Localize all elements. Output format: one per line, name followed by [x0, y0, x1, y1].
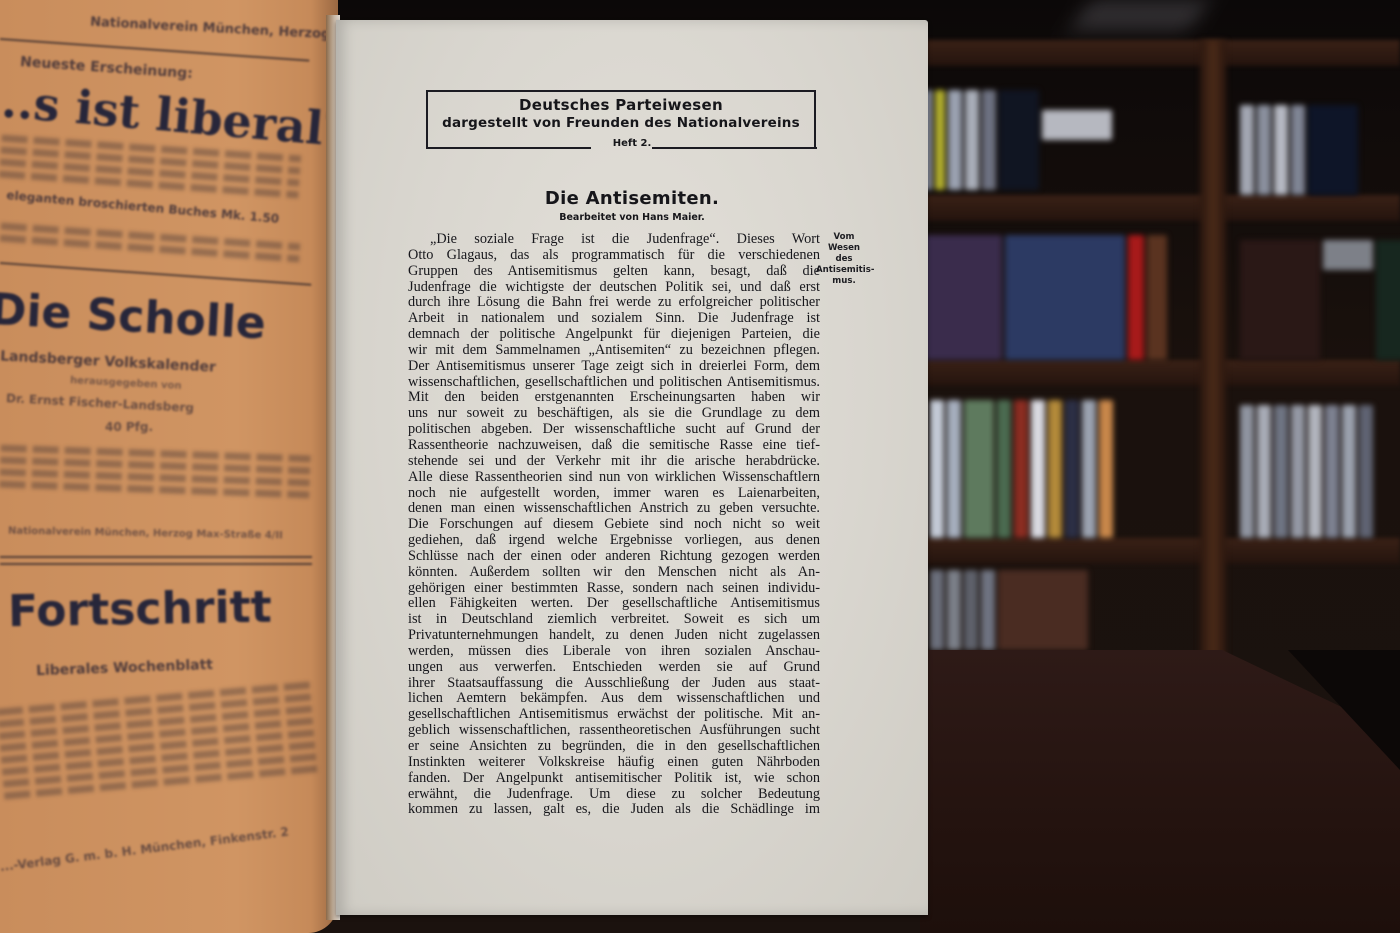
article-line: ihrer Staatsauffassung die Ausschließung…	[408, 676, 820, 692]
article-line: Die Forschungen auf diesem Gebiete sind …	[408, 517, 820, 533]
book-row	[930, 400, 1113, 538]
article-body: „Die soziale Frage ist die Judenfrage“. …	[408, 232, 820, 818]
advert-2-title: Die Scholle	[0, 284, 267, 349]
advert-3-subtitle: Liberales Wochenblatt	[36, 657, 213, 679]
article-byline: Bearbeitet von Hans Maier.	[336, 212, 928, 223]
article-line: ellen Fähigkeiten werten. Der gesellscha…	[408, 596, 820, 612]
article-line: Instinkten weiterer Volkskreise häufig e…	[408, 755, 820, 771]
article-line: Der Antisemitismus unserer Tage zeigt si…	[408, 359, 820, 375]
article-line: gediehen, daß irgend welche Ergebnisse v…	[408, 533, 820, 549]
article-line: Gruppen des Antisemitismus gelten kann, …	[408, 264, 820, 280]
book-row	[1240, 105, 1358, 195]
article-line: lichen Aemtern bekämpfen. Aus dem wissen…	[408, 691, 820, 707]
advert-3-imprint: ...-Verlag G. m. b. H. München, Finkenst…	[0, 825, 290, 874]
article-line: kommen zu lassen, galt es, die Juden als…	[408, 802, 820, 818]
article-line: ist in Deutschland ziemlich verbreitet. …	[408, 612, 820, 628]
article-line: Schlüsse nach der einen oder anderen Ric…	[408, 549, 820, 565]
article-line: uns nur soweit zu beschäftigen, als sie …	[408, 406, 820, 422]
margin-note: Vom Wesen des Antisemitis- mus.	[816, 232, 872, 287]
shelf-plank	[915, 40, 1400, 66]
article-line: wissenschaftlichen, gesellschaftlichen u…	[408, 375, 820, 391]
advert-3-body-text	[0, 676, 319, 804]
article-line: fanden. Der Angelpunkt antisemitischer P…	[408, 771, 820, 787]
divider	[0, 262, 311, 286]
article-line: Judenfrage die wichtigste der deutschen …	[408, 280, 820, 296]
article-line: ungen aus verwerfen. Entschieden werden …	[408, 660, 820, 676]
shelf-plank	[915, 360, 1400, 386]
margin-note-line: Antisemitis-	[816, 265, 872, 276]
advert-2-imprint: Nationalverein München, Herzog Max-Straß…	[8, 526, 283, 542]
advert-2-price: 40 Pfg.	[105, 420, 153, 434]
book-row	[922, 235, 1167, 360]
article-line: geblich wissenschaftlichen, rassentheore…	[408, 723, 820, 739]
shelf-plank	[915, 195, 1400, 221]
left-page-adverts: Nationalverein München, Herzog Max-Straß…	[0, 0, 338, 933]
article-line: gesellschaftlichen Antisemitismus erwäch…	[408, 707, 820, 723]
article-line: gehörigen einer bestimmten Rasse, sonder…	[408, 581, 820, 597]
divider	[0, 556, 312, 558]
series-title: Deutsches Parteiwesen	[428, 96, 814, 114]
article-line: demnach der politische Angelpunkt für di…	[408, 327, 820, 343]
article-line: politischen abgeben. Der wissenschaftlic…	[408, 422, 820, 438]
advert-2-subtitle: Landsberger Volkskalender	[0, 348, 216, 375]
book-row	[1240, 405, 1373, 538]
advert-2-editor-line: herausgegeben von	[70, 375, 182, 392]
article-line: wir mit dem Sammelnamen „Antisemiten“ zu…	[408, 343, 820, 359]
article-title: Die Antisemiten.	[336, 188, 928, 209]
article-line: „Die soziale Frage ist die Judenfrage“. …	[408, 232, 820, 248]
article-line: er seine Ansichten zu begründen, die in …	[408, 739, 820, 755]
article-line: Alle diese Rassentheorien sind nun von w…	[408, 470, 820, 486]
book-row	[930, 570, 1088, 650]
shelf-plank	[915, 538, 1400, 564]
left-page-top-imprint: Nationalverein München, Herzog Max-Straß…	[90, 15, 338, 49]
divider	[0, 563, 312, 565]
article-line: Privatunternehmungen handelt, zu denen J…	[408, 628, 820, 644]
article-line: stehende sei und der Verkehr mit ihr die…	[408, 454, 820, 470]
article-line: erwähnt, die Judenfrage. Um diese zu sol…	[408, 787, 820, 803]
article-line: Otto Glagaus, das als programmatisch für…	[408, 248, 820, 264]
article-line: durch ihre Lösung die Bahn frei werde zu…	[408, 295, 820, 311]
series-subtitle: dargestellt von Freunden des Nationalver…	[428, 115, 814, 131]
book-row	[1240, 240, 1400, 360]
advert-2-editor: Dr. Ernst Fischer-Landsberg	[6, 391, 195, 415]
article-line: könnten. Außerdem sollten wir den Mensch…	[408, 565, 820, 581]
advert-3-title: Fortschritt	[8, 582, 273, 638]
article-line: Mit den beiden erstgenannten Erscheinung…	[408, 390, 820, 406]
margin-note-line: mus.	[816, 276, 872, 287]
advert-1-footer-text	[0, 218, 301, 268]
article-line: denen man einen wissenschaftlichen Anstr…	[408, 501, 820, 517]
book-row	[918, 90, 1112, 190]
margin-note-line: des	[816, 254, 872, 265]
article-line: Arbeit in nationalem und sozialem Sinn. …	[408, 311, 820, 327]
article-line: noch nie aufgestellt worden, immer waren…	[408, 486, 820, 502]
margin-note-line: Vom Wesen	[816, 232, 872, 254]
ceiling-light-reflection	[1071, 0, 1208, 30]
advert-2-body-text	[0, 440, 311, 504]
right-page-article: Deutsches Parteiwesen dargestellt von Fr…	[336, 20, 928, 915]
article-line: Rassentheorie nachzuweisen, daß die semi…	[408, 438, 820, 454]
issue-number: Heft 2.	[336, 138, 928, 149]
article-line: werden, müssen dies Liberale von ihren s…	[408, 644, 820, 660]
